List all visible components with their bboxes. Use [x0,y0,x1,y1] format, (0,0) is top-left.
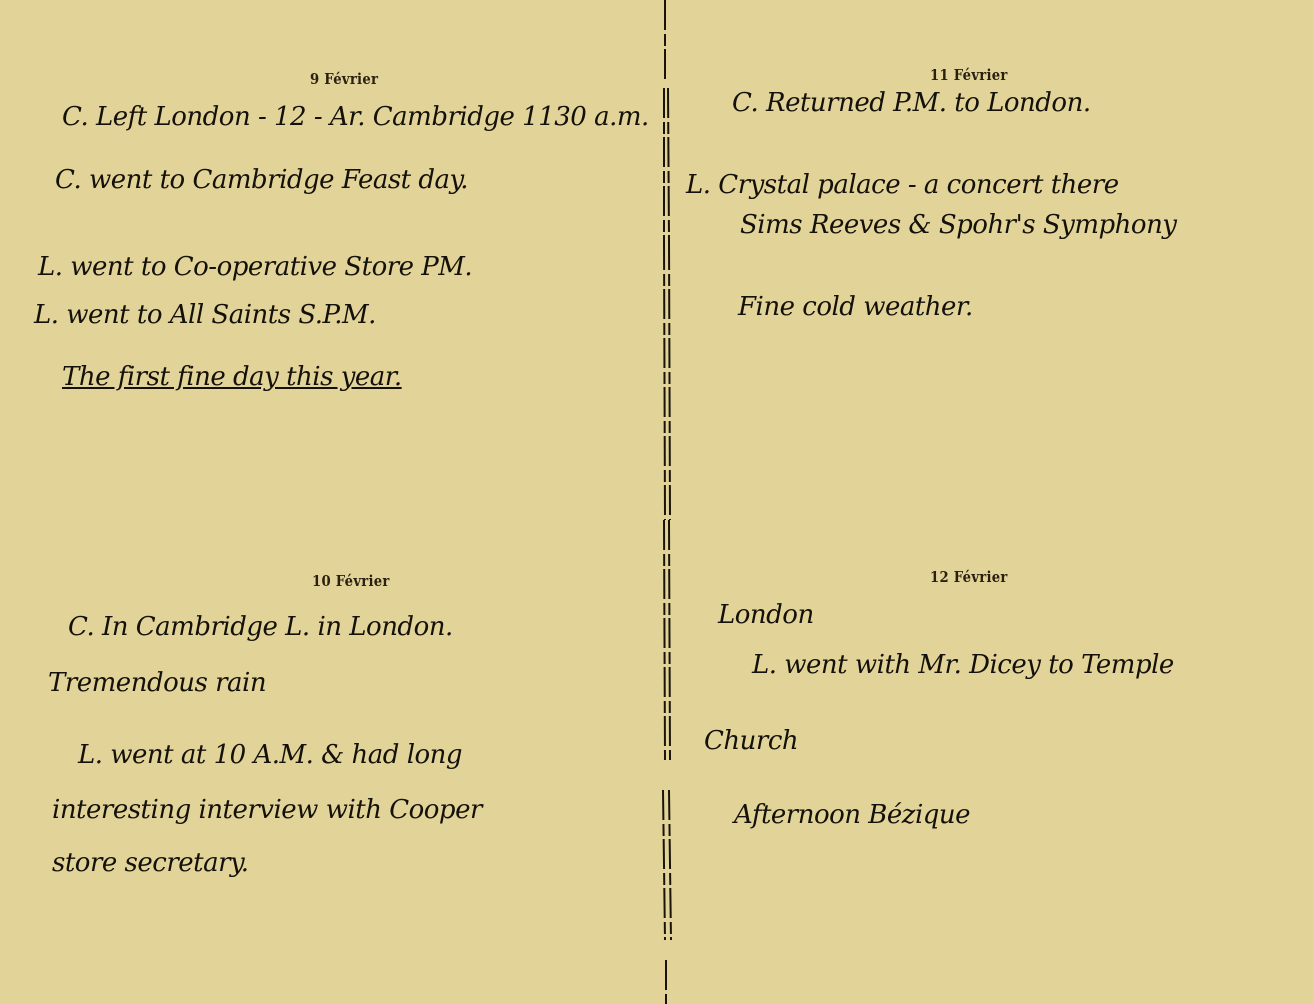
left-page: 9 Février C. Left London - 12 - Ar. Camb… [0,0,662,1004]
entry-line: Church [704,726,798,756]
entry-line: L. went to All Saints S.P.M. [34,300,376,330]
entry-line: The first fine day this year. [62,362,402,392]
entry-line: London [718,600,814,630]
entry-date-10-fevrier: 10 Février [312,572,390,590]
entry-line: Fine cold weather. [738,292,973,322]
entry-line: Afternoon Bézique [734,800,970,830]
entry-line: L. went to Co-operative Store PM. [38,252,472,282]
entry-date-12-fevrier: 12 Février [930,568,1008,586]
entry-date-9-fevrier: 9 Février [310,70,378,88]
entry-line: C. Returned P.M. to London. [732,88,1091,118]
entry-date-11-fevrier: 11 Février [930,66,1008,84]
entry-line: C. In Cambridge L. in London. [68,612,453,642]
right-page: 11 Février C. Returned P.M. to London. L… [668,0,1313,1004]
entry-line: L. went with Mr. Dicey to Temple [752,650,1174,680]
entry-line: C. Left London - 12 - Ar. Cambridge 1130… [62,102,649,132]
entry-line: C. went to Cambridge Feast day. [55,165,468,195]
entry-line: store secretary. [52,848,249,878]
entry-line: Sims Reeves & Spohr's Symphony [740,210,1177,240]
entry-line: L. went at 10 A.M. & had long [78,740,462,770]
entry-line: Tremendous rain [48,668,266,698]
entry-line: L. Crystal palace - a concert there [686,170,1119,200]
entry-line: interesting interview with Cooper [52,795,482,825]
